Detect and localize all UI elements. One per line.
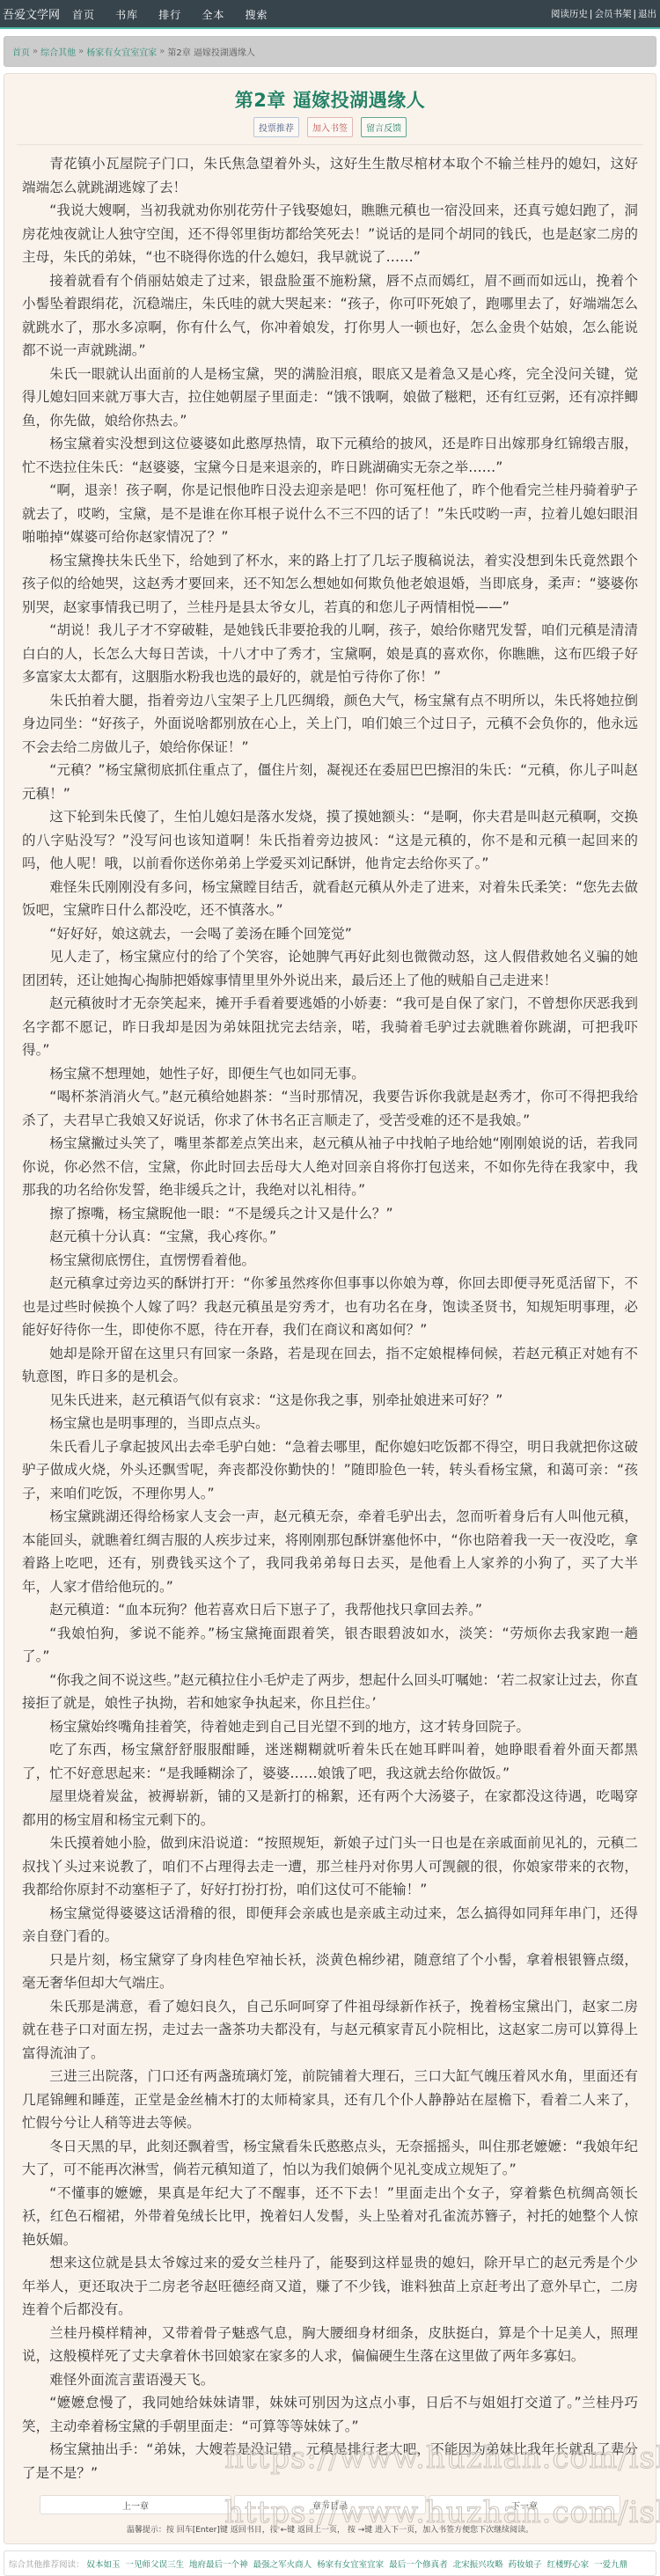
- chapter-paragraph: 杨宝黛抽出手：“弟妹，大嫂若是没记错，元稹是排行老大吧，不能因为弟妹比我年长就乱…: [22, 2438, 638, 2484]
- recommended-book-link[interactable]: 最后一个修真者: [389, 2558, 448, 2570]
- chapter-paragraph: “我说大嫂啊，当初我就劝你别花劳什子钱娶媳妇，瞧瞧元稹也一宿没回来，还真亏媳妇跑…: [22, 199, 638, 269]
- chapter-paragraph: “不懂事的嬷嬷，果真是年纪大了不醒事，还不下去！”里面走出个女子，穿着紫色杭绸高…: [22, 2182, 638, 2252]
- chapter-paragraph: 杨宝黛着实没想到这位婆婆如此憨厚热情，取下元稹给的披风，还是昨日出嫁那身红锦缎吉…: [22, 432, 638, 479]
- chapter-paragraph: 三进三出院落，门口还有两盏琉璃灯笼，前院铺着大理石，三口大缸气魄压着风水角，里面…: [22, 2065, 638, 2135]
- chapter-paragraph: 难怪外面流言蜚语漫天飞。: [22, 2368, 638, 2392]
- chapter-paragraph: 朱氏拍着大腿，指着旁边八宝架子上几匹绸缎，颜色大气，杨宝黛有点不明所以，朱氏将她…: [22, 689, 638, 760]
- chapter-paragraph: 只是片刻，杨宝黛穿了身肉桂色窄袖长袄，淡黄色棉纱裙，随意绾了个小髻，拿着根银簪点…: [22, 1949, 638, 1995]
- chapter-paragraph: “我娘怕狗，爹说不能养。”杨宝黛掩面跟着笑，银杏眼碧波如水，淡笑：“劳烦你去我家…: [22, 1622, 638, 1669]
- recommended-book-link[interactable]: 地府最后一个神: [189, 2558, 248, 2570]
- chapter-paragraph: 朱氏那是满意，看了媳妇良久，自己乐呵呵穿了件祖母绿新作袄子，挽着杨宝黛出门，赵家…: [22, 1995, 638, 2066]
- chapter-paragraph: 赵元稹十分认真：“宝黛，我心疼你。”: [22, 1225, 638, 1249]
- breadcrumb: 首页 » 综合其他 » 杨家有女宜室宜家 » 第2章 逼嫁投湖遇缘人: [4, 36, 656, 67]
- chapter-paragraph: 赵元稹道：“血本玩狗？他若喜欢日后下崽子了，我帮他找只拿回去养。”: [22, 1598, 638, 1622]
- breadcrumb-book[interactable]: 杨家有女宜室宜家: [86, 45, 157, 58]
- chapter-paragraph: “元稹？”杨宝黛彻底抓住重点了，僵住片刻，凝视还在委屈巴巴擦泪的朱氏：“元稹，你…: [22, 759, 638, 805]
- chapter-paragraph: 想来这位就是县太爷嫁过来的爱女兰桂丹了，能娶到这样显贵的媳妇，除开早亡的赵元秀是…: [22, 2251, 638, 2322]
- feedback-button[interactable]: 留言反馈: [361, 117, 407, 137]
- main-nav: 首页 书库 排行 全本 搜索: [72, 5, 283, 22]
- chapter-paragraph: 杨宝黛也是明事理的，当即点点头。: [22, 1412, 638, 1435]
- vote-button[interactable]: 投票推荐: [253, 117, 299, 137]
- top-navbar: 吾爱文学网 首页 书库 排行 全本 搜索 阅读历史|会员书架|退出: [0, 0, 660, 29]
- recommended-book-link[interactable]: 红楼野心家: [547, 2558, 590, 2570]
- user-links: 阅读历史|会员书架|退出: [551, 7, 656, 20]
- chapter-actions: 投票推荐 加入书签 留言反馈: [17, 117, 643, 145]
- chapter-paragraph: 接着就看有个俏丽姑娘走了过来，银盘脸蛋不施粉黛，唇不点而嫣红，眉不画而如远山，挽…: [22, 269, 638, 363]
- next-chapter-button[interactable]: 下一章: [429, 2495, 620, 2514]
- separator: |: [590, 9, 593, 19]
- breadcrumb-home[interactable]: 首页: [12, 45, 30, 58]
- reading-history-link[interactable]: 阅读历史: [551, 9, 588, 19]
- chapter-paragraph: 杨宝黛始终嘴角挂着笑，待着她走到自己目光望不到的地方，这才转身回院子。: [22, 1715, 638, 1739]
- chapter-paragraph: “嬷嬷怠慢了，我同她给妹妹请罪，妹妹可别因为这点小事，日后不与姐姐打交道了。”兰…: [22, 2391, 638, 2438]
- bookmark-button[interactable]: 加入书签: [307, 117, 353, 137]
- site-logo-link[interactable]: 吾爱文学网: [3, 5, 60, 22]
- chapter-paragraph: 杨宝黛不想理她，她性子好，即便生气也如同无事。: [22, 1062, 638, 1086]
- recommended-book-link[interactable]: 最强之军火商人: [253, 2558, 312, 2570]
- recommended-book-link[interactable]: 奴本如玉: [87, 2558, 121, 2570]
- navbar-left: 吾爱文学网 首页 书库 排行 全本 搜索: [3, 5, 283, 22]
- breadcrumb-arrow: »: [33, 47, 38, 56]
- breadcrumb-arrow: »: [159, 47, 165, 56]
- chapter-paragraph: “喝杯茶消消火气。”赵元稹给她斟茶：“当时那情况，我要告诉你我就是赵秀才，你可不…: [22, 1085, 638, 1132]
- breadcrumb-current: 第2章 逼嫁投湖遇缘人: [167, 45, 255, 58]
- chapter-paragraph: “你我之间不说这些。”赵元稹拉住小毛炉走了两步，想起什么回头叮嘱她：‘若二叔家让…: [22, 1669, 638, 1715]
- chapter-paragraph: 杨宝黛彻底愣住，直愣愣看着他。: [22, 1249, 638, 1273]
- article-wrapper: 第2章 逼嫁投湖遇缘人 投票推荐 加入书签 留言反馈 青花镇小瓦屋院子门口，朱氏…: [0, 73, 660, 2544]
- separator: |: [633, 9, 636, 19]
- chapter-paragraph: 屋里烧着炭盆，被褥崭新，铺的又是新打的棉絮，还有两个大汤婆子，在家都没这待遇，吃…: [22, 1785, 638, 1831]
- recommended-book-link[interactable]: 一爱九鼎: [594, 2558, 627, 2570]
- recommended-book-link[interactable]: 一见师父误三生: [126, 2558, 185, 2570]
- breadcrumb-category[interactable]: 综合其他: [40, 45, 76, 58]
- chapter-paragraph: 赵元稹拿过旁边买的酥饼打开：“你爹虽然疼你但事事以你娘为尊，你回去即便寻死觅活留…: [22, 1272, 638, 1342]
- chapter-paragraph: 赵元稹彼时才无奈笑起来，摊开手看着要逃婚的小娇妻：“我可是自保了家门，不曾想你厌…: [22, 992, 638, 1062]
- chapter-paragraph: 冬日天黑的早，此刻还飘着雪，杨宝黛看朱氏憨憨点头，无奈摇摇头，叫住那老嬷嬷：“我…: [22, 2135, 638, 2182]
- recommended-book-link[interactable]: 药妆娘子: [509, 2558, 542, 2570]
- chapter-paragraph: 吃了东西，杨宝黛舒舒服服酣睡，迷迷糊糊就听着朱氏在她耳畔叫着，她睁眼看着外面天都…: [22, 1738, 638, 1785]
- chapter-article: 第2章 逼嫁投湖遇缘人 投票推荐 加入书签 留言反馈 青花镇小瓦屋院子门口，朱氏…: [4, 73, 656, 2544]
- chapter-paragraph: 这下轮到朱氏傻了，生怕儿媳妇是落水发烧，摸了摸她额头：“是啊，你夫君是叫赵元稹啊…: [22, 805, 638, 876]
- chapter-paragraph: 青花镇小瓦屋院子门口，朱氏焦急望着外头，这好生生散尽棺材本取个不输兰桂丹的媳妇，…: [22, 152, 638, 199]
- chapter-paragraph: 她却是除开留在这里只有回家一条路，若是现在回去，指不定娘棍棒伺候，若赵元稹正对她…: [22, 1342, 638, 1389]
- recommended-book-link[interactable]: 北宋振兴攻略: [453, 2558, 503, 2570]
- chapter-paragraph: 见朱氏进来，赵元稹语气似有哀求：“这是你我之事，别牵扯娘进来可好？”: [22, 1389, 638, 1413]
- chapter-navigation: 上一章 章节目录 下一章: [17, 2495, 643, 2514]
- chapter-paragraph: 朱氏一眼就认出面前的人是杨宝黛，哭的满脸泪痕，眼底又是着急又是心疼，完全没问关键…: [22, 363, 638, 433]
- nav-search[interactable]: 搜索: [245, 9, 268, 21]
- keyboard-tip: 温馨提示：按 回车[Enter]键 返回书目，按 ←键 返回上一页， 按 →键 …: [17, 2523, 643, 2535]
- chapter-paragraph: 杨宝黛搀扶朱氏坐下，给她到了杯水，来的路上打了几坛子腹稿说法，着实没想到朱氏竟然…: [22, 549, 638, 620]
- chapter-paragraph: 杨宝黛撇过头笑了，嘴里茶都差点笑出来，赵元稹从袖子中找帕子地给她“刚刚娘说的话，…: [22, 1132, 638, 1202]
- member-bookshelf-link[interactable]: 会员书架: [594, 9, 631, 19]
- chapter-content: 青花镇小瓦屋院子门口，朱氏焦急望着外头，这好生生散尽棺材本取个不输兰桂丹的媳妇，…: [17, 145, 643, 2484]
- recommend-label: 综合其他推荐阅读：: [9, 2558, 84, 2570]
- chapter-title: 第2章 逼嫁投湖遇缘人: [17, 86, 643, 113]
- chapter-paragraph: 杨宝黛跳湖还得给杨家人支会一声，赵元稹无奈，牵着毛驴出去，忽而听着身后有人叫他元…: [22, 1505, 638, 1598]
- chapter-paragraph: “胡说！我儿子才不穿破鞋，是她钱氏非要抢我的儿啊，孩子，娘给你赌咒发誓，咱们元稹…: [22, 619, 638, 689]
- prev-chapter-button[interactable]: 上一章: [40, 2495, 231, 2514]
- breadcrumb-arrow: »: [78, 47, 84, 56]
- chapter-paragraph: 见人走了，杨宝黛应付的给了个笑容，论她脾气再好此刻也微微动怒，这人假借救她名义骗…: [22, 945, 638, 992]
- nav-home[interactable]: 首页: [72, 9, 95, 21]
- nav-ranking[interactable]: 排行: [158, 9, 181, 21]
- chapter-paragraph: 难怪朱氏刚刚没有多问，杨宝黛瞠目结舌，就看赵元稹从外走了进来，对着朱氏柔笑：“您…: [22, 876, 638, 922]
- chapter-paragraph: 朱氏摸着她小脸，做到床沿说道：“按照规矩，新娘子过门头一日也是在亲戚面前见礼的，…: [22, 1831, 638, 1902]
- nav-library[interactable]: 书库: [115, 9, 138, 21]
- chapter-paragraph: 兰桂丹模样精神，又带着骨子魅惑气息，胸大腰细身材细条，皮肤挺白，算是个十足美人，…: [22, 2322, 638, 2368]
- chapter-paragraph: 杨宝黛觉得婆婆这话滑稽的很，即便拜会亲戚也是亲戚主动过来，怎么搞得如同拜年串门，…: [22, 1902, 638, 1949]
- logout-link[interactable]: 退出: [638, 9, 656, 19]
- recommended-reading: 综合其他推荐阅读： 奴本如玉一见师父误三生地府最后一个神最强之军火商人杨家有女宜…: [4, 2550, 656, 2576]
- chapter-paragraph: “啊，退亲！孩子啊，你是记恨他昨日没去迎亲是吧！你可冤枉他了，昨个他看完兰桂丹骑…: [22, 479, 638, 549]
- recommended-book-link[interactable]: 杨家有女宜室宜家: [317, 2558, 384, 2570]
- nav-completed[interactable]: 全本: [202, 9, 224, 21]
- chapter-paragraph: 朱氏看儿子拿起披风出去牵毛驴白她：“急着去哪里，配你媳妇吃饭都不得空，明日我就把…: [22, 1435, 638, 1506]
- chapter-paragraph: “好好好，娘这就去，一会喝了姜汤在睡个回笼觉”: [22, 922, 638, 946]
- chapter-paragraph: 擦了擦嘴，杨宝黛睨他一眼：“不是缓兵之计又是什么？”: [22, 1202, 638, 1226]
- table-of-contents-button[interactable]: 章节目录: [234, 2495, 426, 2514]
